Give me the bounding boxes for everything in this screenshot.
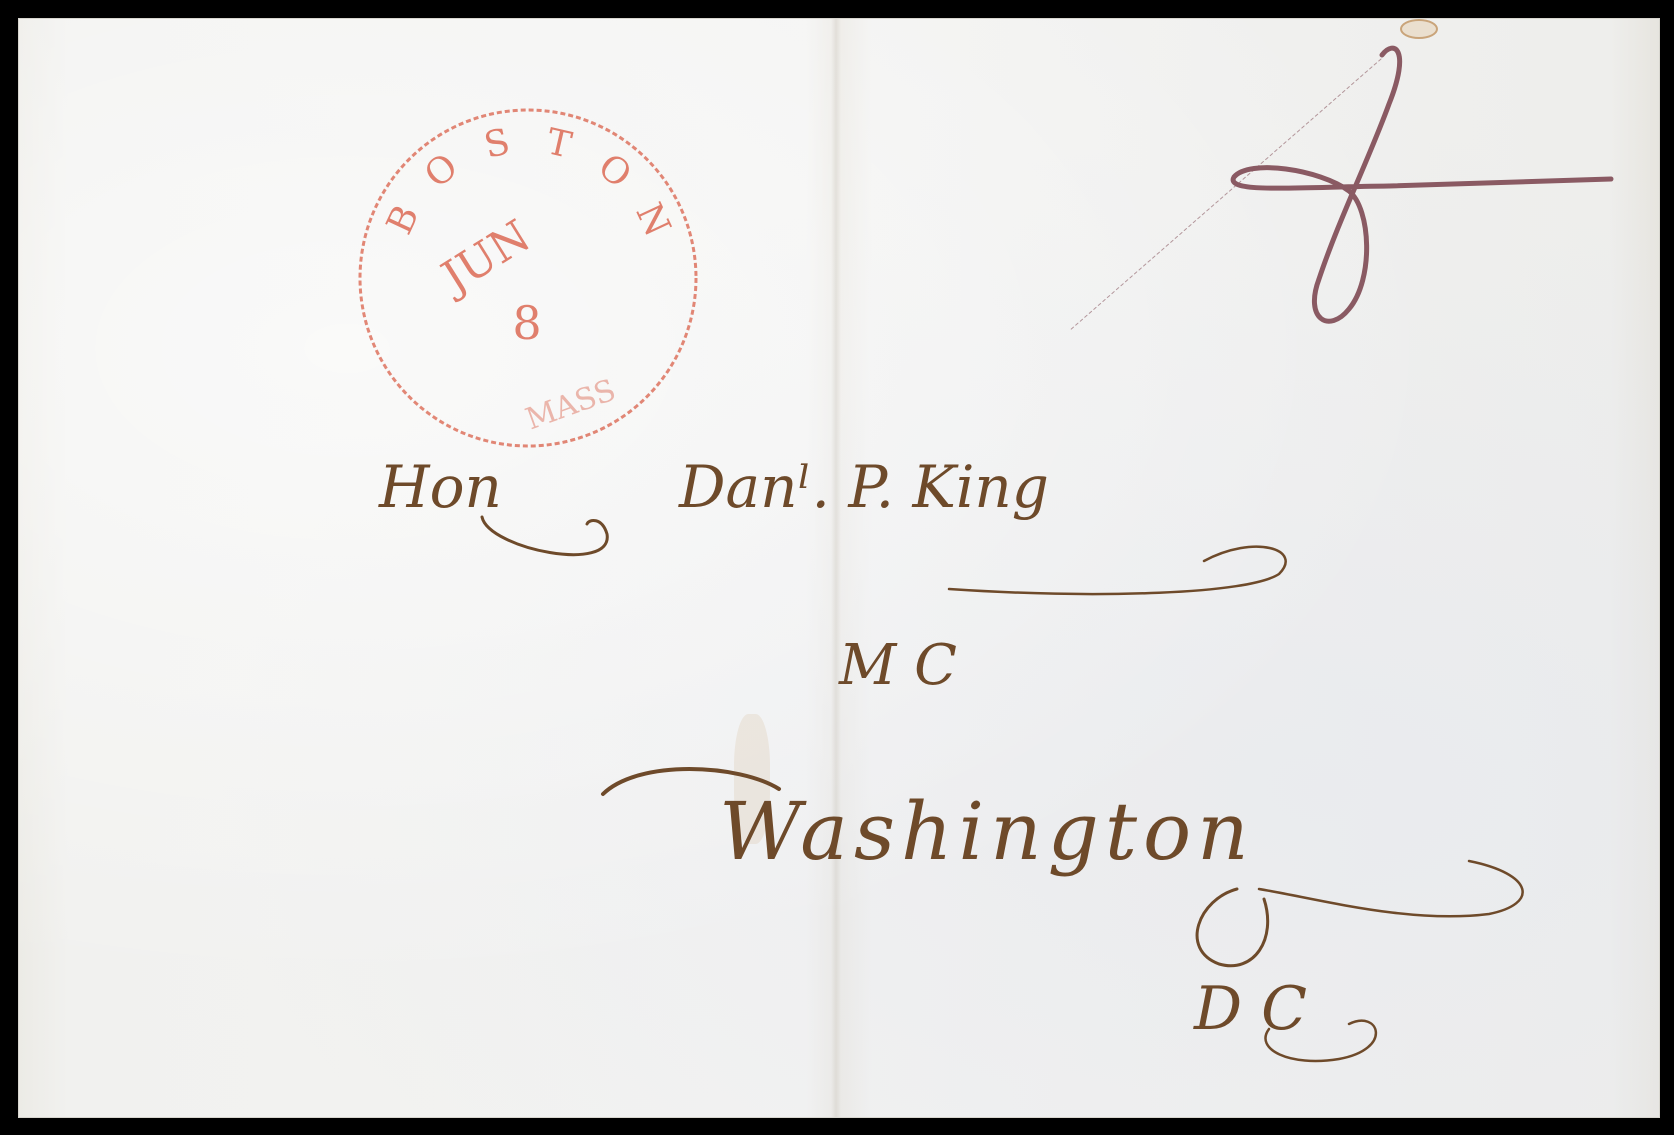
- envelope-cover: B O S T O N JUN 8 MASS: [18, 18, 1660, 1118]
- cover-markings: B O S T O N JUN 8 MASS: [19, 19, 1661, 1119]
- postmark-letter: B: [379, 199, 427, 240]
- postmark-day: 8: [512, 296, 541, 350]
- address-title: M C: [838, 633, 957, 698]
- postmark-letter: S: [480, 121, 513, 166]
- address-honorific: Hon: [378, 453, 502, 521]
- address-district: D C: [1193, 974, 1307, 1044]
- postmark-letter: T: [543, 121, 576, 166]
- address-name: Danˡ. P. King: [678, 453, 1049, 521]
- postmark-state: MASS: [521, 373, 620, 438]
- postmark-month: JUN: [430, 210, 539, 305]
- black-border: B O S T O N JUN 8 MASS: [0, 0, 1674, 1135]
- manuscript-rate-8: [1069, 48, 1611, 331]
- postmark-letter: N: [627, 197, 677, 243]
- postmark-letter: O: [590, 146, 639, 196]
- postmark-letter: O: [417, 146, 466, 196]
- boston-postmark: B O S T O N JUN 8 MASS: [360, 110, 696, 446]
- address-city: Washington: [719, 785, 1255, 878]
